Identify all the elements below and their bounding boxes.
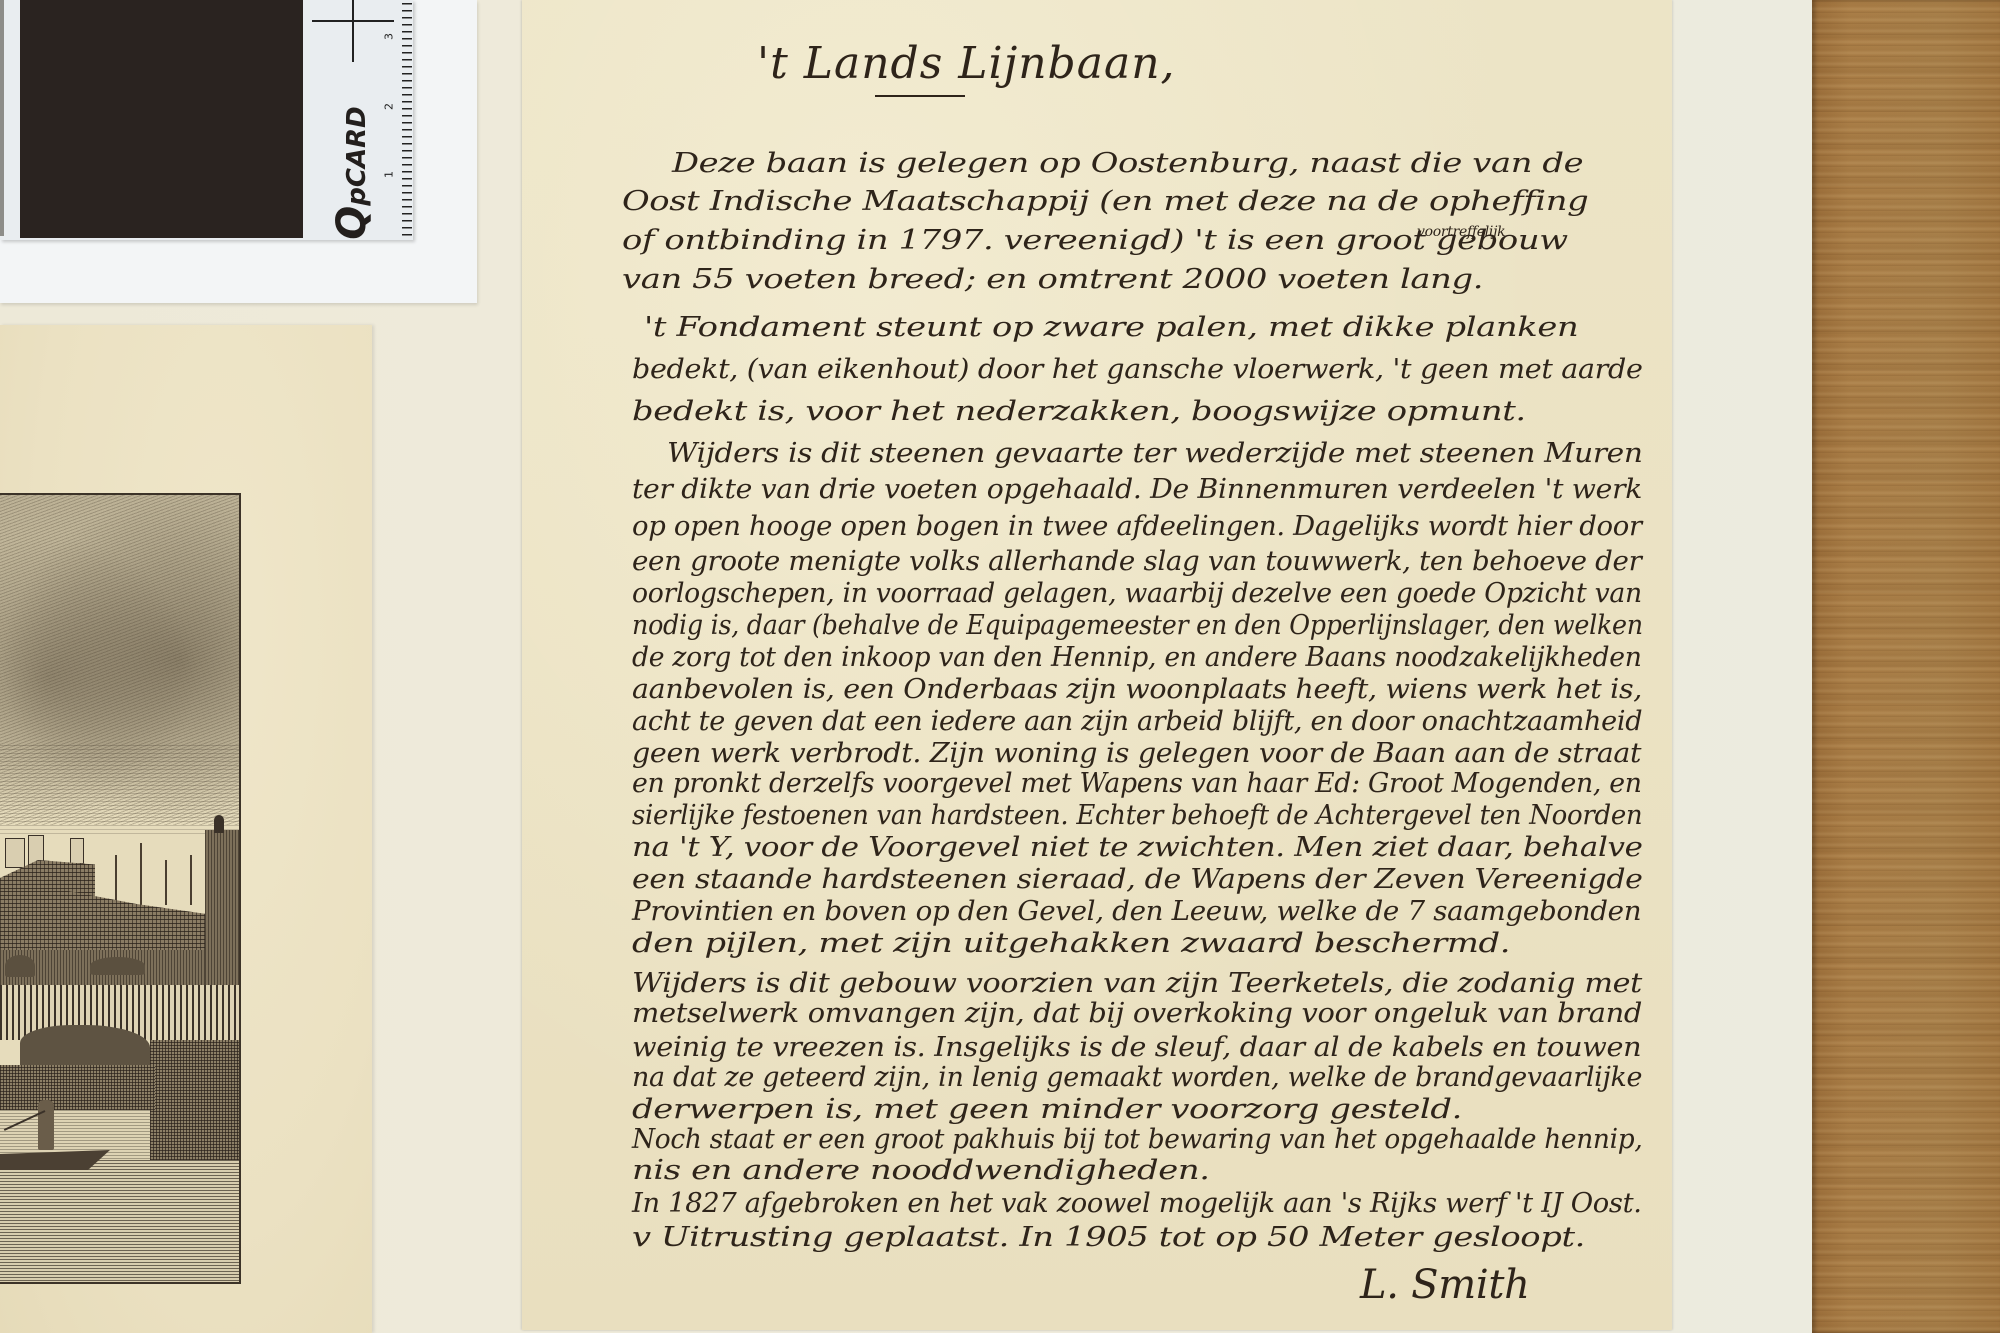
letter-line: ter dikte van drie voeten opgehaald. De …: [632, 474, 1642, 505]
title-underline: [875, 95, 965, 97]
letter-line: of ontbinding in 1797. vereenigd) 't is …: [622, 225, 1568, 256]
letter-line: en pronkt derzelfs voorgevel met Wapens …: [632, 768, 1642, 799]
letter-line: v Uitrusting geplaatst. In 1905 tot op 5…: [632, 1222, 1585, 1253]
letter-title: 't Lands Lijnbaan,: [757, 38, 1176, 89]
quay-wall: [0, 1065, 155, 1110]
ship-mast: [165, 860, 167, 905]
qpcard-logo-q: Q: [329, 206, 375, 240]
water: [0, 1160, 239, 1282]
letter-line: na 't Y, voor de Voorgevel niet te zwich…: [632, 832, 1643, 863]
rocks: [20, 1025, 150, 1070]
letter-line: een staande hardsteenen sieraad, de Wape…: [632, 864, 1643, 895]
ship-mast: [115, 855, 117, 905]
qpcard-logo: QpCARD: [329, 103, 375, 243]
qpcard-logo-text: pCARD: [342, 106, 372, 205]
letter-line: In 1827 afgebroken en het vak zoowel mog…: [632, 1188, 1642, 1219]
letter-line: derwerpen is, met geen minder voorzorg g…: [632, 1094, 1462, 1125]
engraving-image: [0, 493, 241, 1284]
letter-line: Deze baan is gelegen op Oostenburg, naas…: [672, 148, 1583, 179]
chimney: [5, 838, 25, 868]
wooden-table-edge: [1812, 0, 2000, 1333]
letter-line: nis en andere nooddwendigheden.: [632, 1155, 1210, 1186]
ship-mast: [190, 855, 192, 905]
letter-line: acht te geven dat een iedere aan zijn ar…: [632, 706, 1642, 737]
crosshair-icon-vertical: [352, 0, 354, 62]
ruler-number-3: 3: [383, 31, 396, 43]
engraving-sky-hatching: [0, 745, 239, 835]
color-card-black-patch: [20, 0, 303, 238]
letter-line: aanbevolen is, een Onderbaas zijn woonpl…: [632, 674, 1642, 705]
letter-line: weinig te vreezen is. Insgelijks is de s…: [632, 1032, 1641, 1063]
boatman-figure: [38, 1100, 54, 1150]
letter-line: na dat ze geteerd zijn, in lenig gemaakt…: [632, 1062, 1642, 1093]
tree: [90, 957, 145, 975]
ship-mast: [140, 843, 142, 905]
letter-line: van 55 voeten breed; en omtrent 2000 voe…: [622, 264, 1483, 295]
letter-line: sierlijke festoenen van hardsteen. Echte…: [632, 800, 1642, 831]
ruler-number-2: 2: [383, 101, 396, 113]
stone-pier: [150, 1040, 239, 1160]
letter-line: oorlogschepen, in voorraad gelagen, waar…: [632, 578, 1642, 609]
ruler-number-1: 1: [383, 169, 396, 181]
letter-line: 't Fondament steunt op zware palen, met …: [644, 312, 1578, 343]
tower-finial: [214, 815, 224, 833]
letter-line: Noch staat er een groot pakhuis bij tot …: [632, 1124, 1642, 1155]
letter-line: nodig is, daar (behalve de Equipagemeest…: [632, 610, 1643, 641]
letter-line: op open hooge open bogen in twee afdeeli…: [632, 511, 1642, 542]
letter-line: Oost Indische Maatschappij (en met deze …: [622, 186, 1588, 217]
letter-line: de zorg tot den inkoop van den Hennip, e…: [632, 642, 1642, 673]
letter-line: den pijlen, met zijn uitgehakken zwaard …: [632, 928, 1510, 959]
tree: [5, 955, 35, 977]
letter-line: bedekt, (van eikenhout) door het gansche…: [632, 354, 1643, 385]
chimney: [70, 838, 84, 864]
letter-line: een groote menigte volks allerhande slag…: [632, 546, 1642, 577]
letter-line: Wijders is dit steenen gevaarte ter wede…: [667, 438, 1643, 469]
letter-line: metselwerk omvangen zijn, dat bij overko…: [632, 998, 1642, 1029]
letter-line: Wijders is dit gebouw voorzien van zijn …: [632, 968, 1642, 999]
handwritten-letter: 't Lands Lijnbaan, voortreffelijk Deze b…: [522, 0, 1672, 1330]
letter-line: Provintien en boven op den Gevel, den Le…: [632, 896, 1641, 927]
color-card-grey-patch: [0, 0, 4, 236]
tower: [205, 830, 239, 995]
ruler-scale: [398, 0, 412, 236]
signature: L. Smith: [1360, 1262, 1530, 1308]
letter-line: bedekt is, voor het nederzakken, boogswi…: [632, 396, 1526, 427]
letter-line: geen werk verbrodt. Zijn woning is geleg…: [632, 738, 1641, 769]
